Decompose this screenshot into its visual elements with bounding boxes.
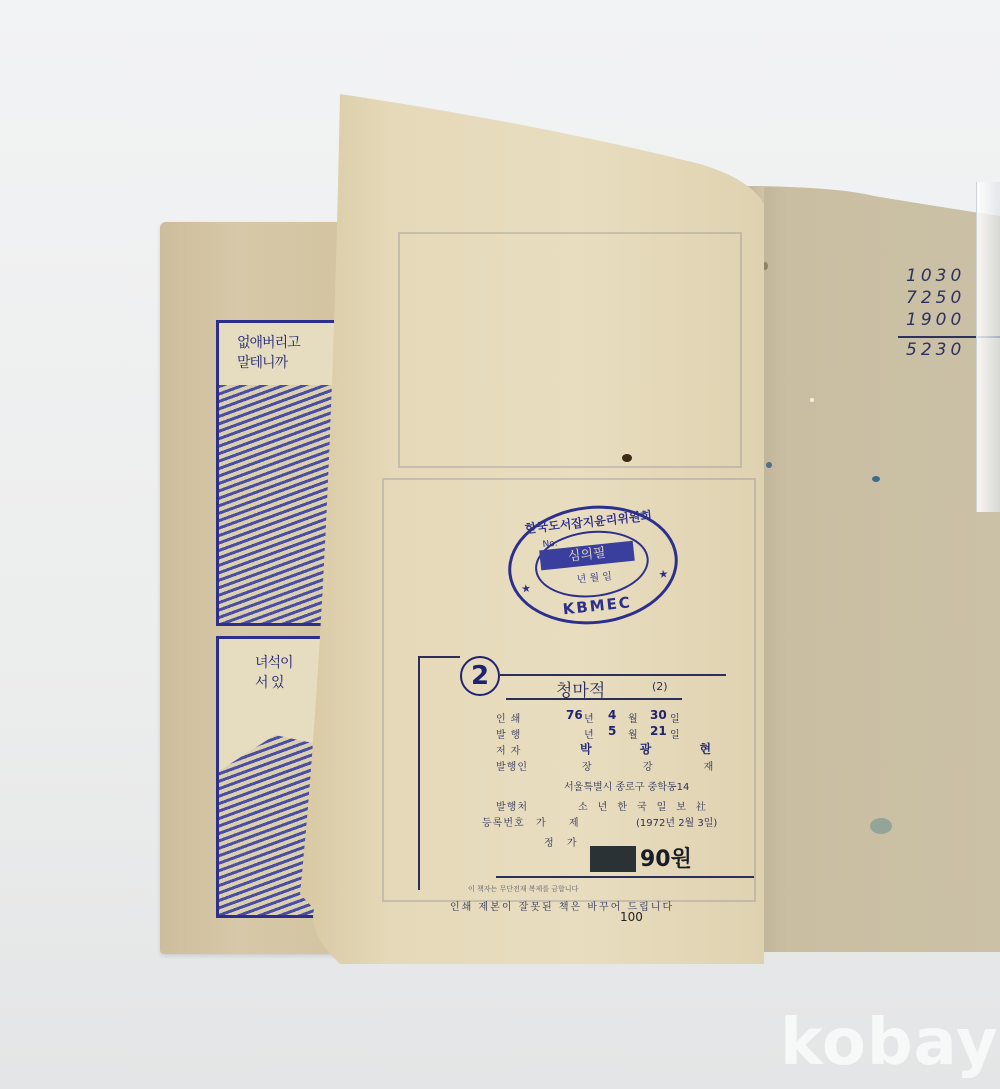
acrylic-stand	[976, 182, 1000, 512]
author-label: 저자	[496, 742, 525, 757]
unit-label: 년	[584, 726, 594, 741]
unit-label: 월	[628, 726, 638, 741]
print-year: 76	[566, 708, 583, 722]
divider	[506, 698, 682, 700]
handwritten-numbers: 1030 7250 1900	[906, 265, 965, 331]
unit-label: 월	[628, 710, 638, 725]
copyright-notice: 이 책자는 무단전재 복제를 금합니다	[468, 884, 578, 894]
handwritten-total: 5230	[906, 340, 965, 360]
publisher-person-name: 장 강 재	[582, 758, 737, 773]
publish-month: 5	[608, 724, 616, 738]
colophon-page: 한국도서잡지윤리위원회 No. 심의필 년 월 일 ★ ★ KBMEC 2 청마…	[300, 94, 764, 964]
registration-value: 가 제	[536, 814, 589, 829]
star-icon: ★	[658, 567, 669, 581]
speech-bubble-text: 없애버리고 말테니까	[237, 333, 300, 373]
publisher-label: 발행처	[496, 798, 528, 813]
price-value: 90원	[640, 842, 692, 873]
publish-label: 발행	[496, 726, 525, 741]
publisher-name: 소년한국일보社	[578, 798, 716, 813]
registration-date: (1972년 2월 3일)	[636, 814, 717, 829]
page-number: 100	[620, 910, 643, 924]
print-month: 4	[608, 708, 616, 722]
print-day: 30	[650, 708, 667, 722]
publisher-person-label: 발행인	[496, 758, 528, 773]
divider	[500, 674, 726, 676]
speech-bubble-text: 녀석이 서 있	[255, 653, 293, 693]
publisher-address: 서울특별시 종로구 중학동14	[564, 778, 689, 793]
author-name: 박 광 현	[580, 740, 733, 757]
unit-label: 년	[584, 710, 594, 725]
divider	[496, 876, 754, 878]
print-label: 인쇄	[496, 710, 525, 725]
colophon-bracket	[418, 656, 460, 890]
price-label: 정 가	[544, 834, 582, 849]
publish-day: 21	[650, 724, 667, 738]
show-through-panel	[398, 232, 742, 468]
price-blackout	[590, 846, 636, 872]
unit-label: 일	[670, 726, 680, 741]
star-icon: ★	[520, 582, 531, 596]
watermark-logo: kobay	[780, 1006, 999, 1080]
book-volume-label: (2)	[652, 680, 668, 693]
colophon-block: 2 청마적 (2) 인쇄 76 년 4 월 30 일 발행 년 5 월 21 일…	[418, 650, 754, 890]
unit-label: 일	[670, 710, 680, 725]
pin-hole	[622, 454, 632, 462]
registration-label: 등록번호	[482, 814, 525, 829]
volume-number-badge: 2	[460, 656, 500, 696]
